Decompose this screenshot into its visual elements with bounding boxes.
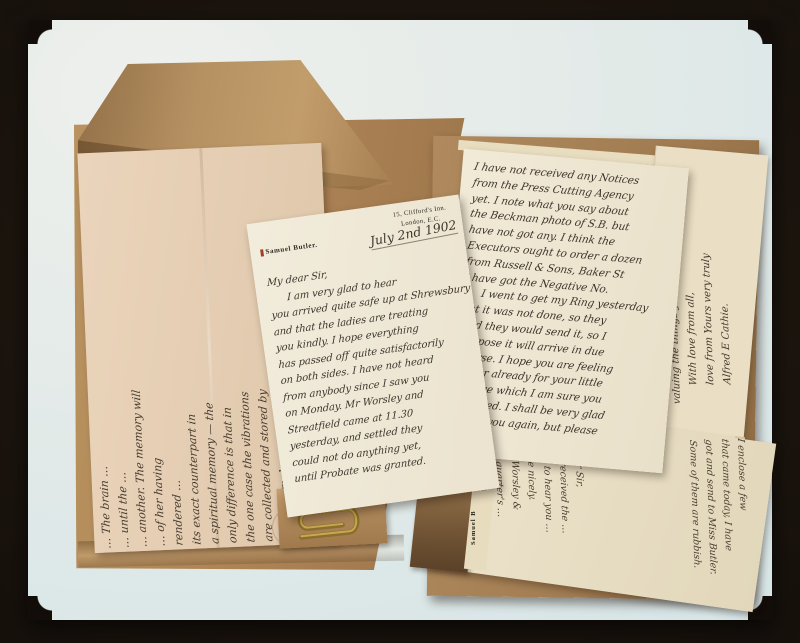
mat-corner-notch (28, 596, 52, 620)
letterhead-name: Samuel Butler. (260, 241, 318, 257)
bottom-fragment-handwriting: I enclose a few that came today, I have … (656, 438, 753, 591)
archival-photo: … & Clark have been here valuing the thi… (0, 0, 800, 643)
printed-name-stamp: Samuel B (470, 510, 477, 545)
red-ink-mark (260, 249, 264, 256)
mat-corner-notch (748, 20, 772, 44)
letterhead-name-text: Samuel Butler. (265, 241, 318, 256)
center-letterhead-page: Samuel Butler. 15, Clifford's Inn. Londo… (246, 195, 499, 518)
center-letter-handwriting: My dear Sir, I am very glad to hear you … (266, 249, 490, 489)
mat-corner-notch (28, 20, 52, 44)
